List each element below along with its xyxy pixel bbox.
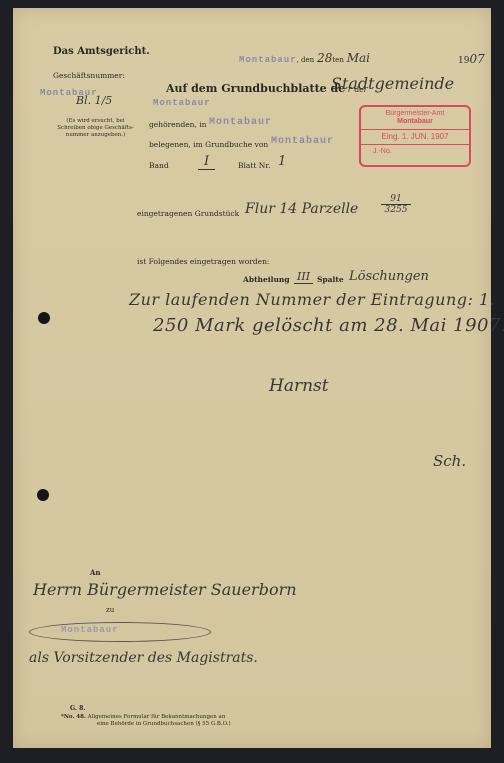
recipient: Herrn Bürgermeister Sauerborn	[33, 580, 297, 599]
reference-note-line: (Es wird ersucht, bei	[53, 118, 138, 125]
owner-place-stamp: Montabaur	[153, 98, 211, 108]
day-value: 28	[317, 51, 332, 65]
case-number-handwritten: Bl. 1/5	[76, 94, 112, 107]
date-place-stamp: Montabaur	[239, 55, 297, 65]
column-value: Löschungen	[349, 269, 429, 284]
form-title-line: Allgemeines Formular für Bekanntmachunge…	[88, 714, 226, 720]
column-label: Spalte	[317, 275, 344, 284]
receipt-stamp: Bürgermeister-Amt Montabaur Eing. 1. JUN…	[359, 105, 471, 167]
entry-line-1: Zur laufenden Nummer der Eintragung: 1.	[129, 290, 495, 309]
receipt-stamp-town: Montabaur	[361, 115, 469, 129]
belegenen-label: belegenen, im Grundbuche von	[149, 140, 268, 149]
receipt-stamp-date: Eing. 1. JUN. 1907	[361, 129, 469, 144]
document-page: Das Amtsgericht. Geschäftsnummer: Montab…	[13, 8, 491, 748]
entered-label: ist Folgendes eingetragen worden:	[137, 257, 269, 266]
reference-note-line: nummer anzugeben.)	[53, 132, 138, 139]
clerk-initials: Sch.	[433, 452, 466, 470]
blatt-label: Blatt Nr.	[238, 161, 271, 170]
grundbuch-label: Auf dem Grundbuchblatte de	[166, 82, 345, 95]
gehoerenden-stamp: Montabaur	[209, 117, 272, 128]
property-label: eingetragenen Grundstück	[137, 209, 239, 218]
receipt-stamp-journal: J.-No.	[361, 144, 469, 159]
year-suffix: 07	[469, 52, 484, 66]
parcel-denominator: 3255	[381, 205, 411, 215]
form-number: *No. 48.	[61, 714, 86, 720]
entry-line-2: 250 Mark gelöscht am 28. Mai 1907.	[153, 315, 504, 336]
zu-label: zu	[106, 606, 114, 614]
blatt-value: 1	[278, 154, 286, 169]
band-value: I	[198, 154, 215, 170]
punch-hole	[38, 312, 50, 324]
owner-handwritten: Stadtgemeinde	[331, 74, 454, 93]
ten-label: ten	[332, 56, 343, 64]
section-value: III	[294, 270, 313, 284]
gehoerenden-label: gehörenden, in	[149, 120, 207, 129]
belegenen-stamp: Montabaur	[271, 136, 334, 147]
month-value: Mai	[347, 51, 370, 65]
city-circle	[29, 622, 211, 642]
year: 1907	[458, 52, 485, 66]
an-label: An	[90, 568, 101, 577]
city-stamp: Montabaur	[61, 625, 119, 635]
reference-note-line: Schreiben obige Geschäfts-	[53, 125, 138, 132]
form-title-line: eine Behörde in Grundbuchsachen (§ 55 G.…	[61, 721, 231, 728]
case-number-label: Geschäftsnummer:	[53, 71, 125, 80]
court-heading: Das Amtsgericht.	[53, 46, 150, 57]
form-code: G. 8.	[70, 705, 85, 712]
year-prefix: 19	[458, 56, 469, 66]
punch-hole	[37, 489, 49, 501]
parcel-numerator: 91	[381, 194, 411, 205]
recipient-role: als Vorsitzender des Magistrats.	[29, 650, 258, 666]
judge-signature: Harnst	[269, 376, 329, 396]
section-label: Abtheilung	[243, 275, 290, 284]
reference-note: (Es wird ersucht, bei Schreiben obige Ge…	[53, 118, 138, 139]
band-label: Band	[149, 161, 169, 170]
property-value: Flur 14 Parzelle	[245, 201, 358, 217]
den-label: , den	[297, 56, 315, 64]
parcel-fraction: 91 3255	[381, 194, 411, 215]
form-info: *No. 48. Allgemeines Formular für Bekann…	[61, 714, 231, 728]
dateline: Montabaur, den 28ten Mai	[239, 51, 370, 65]
